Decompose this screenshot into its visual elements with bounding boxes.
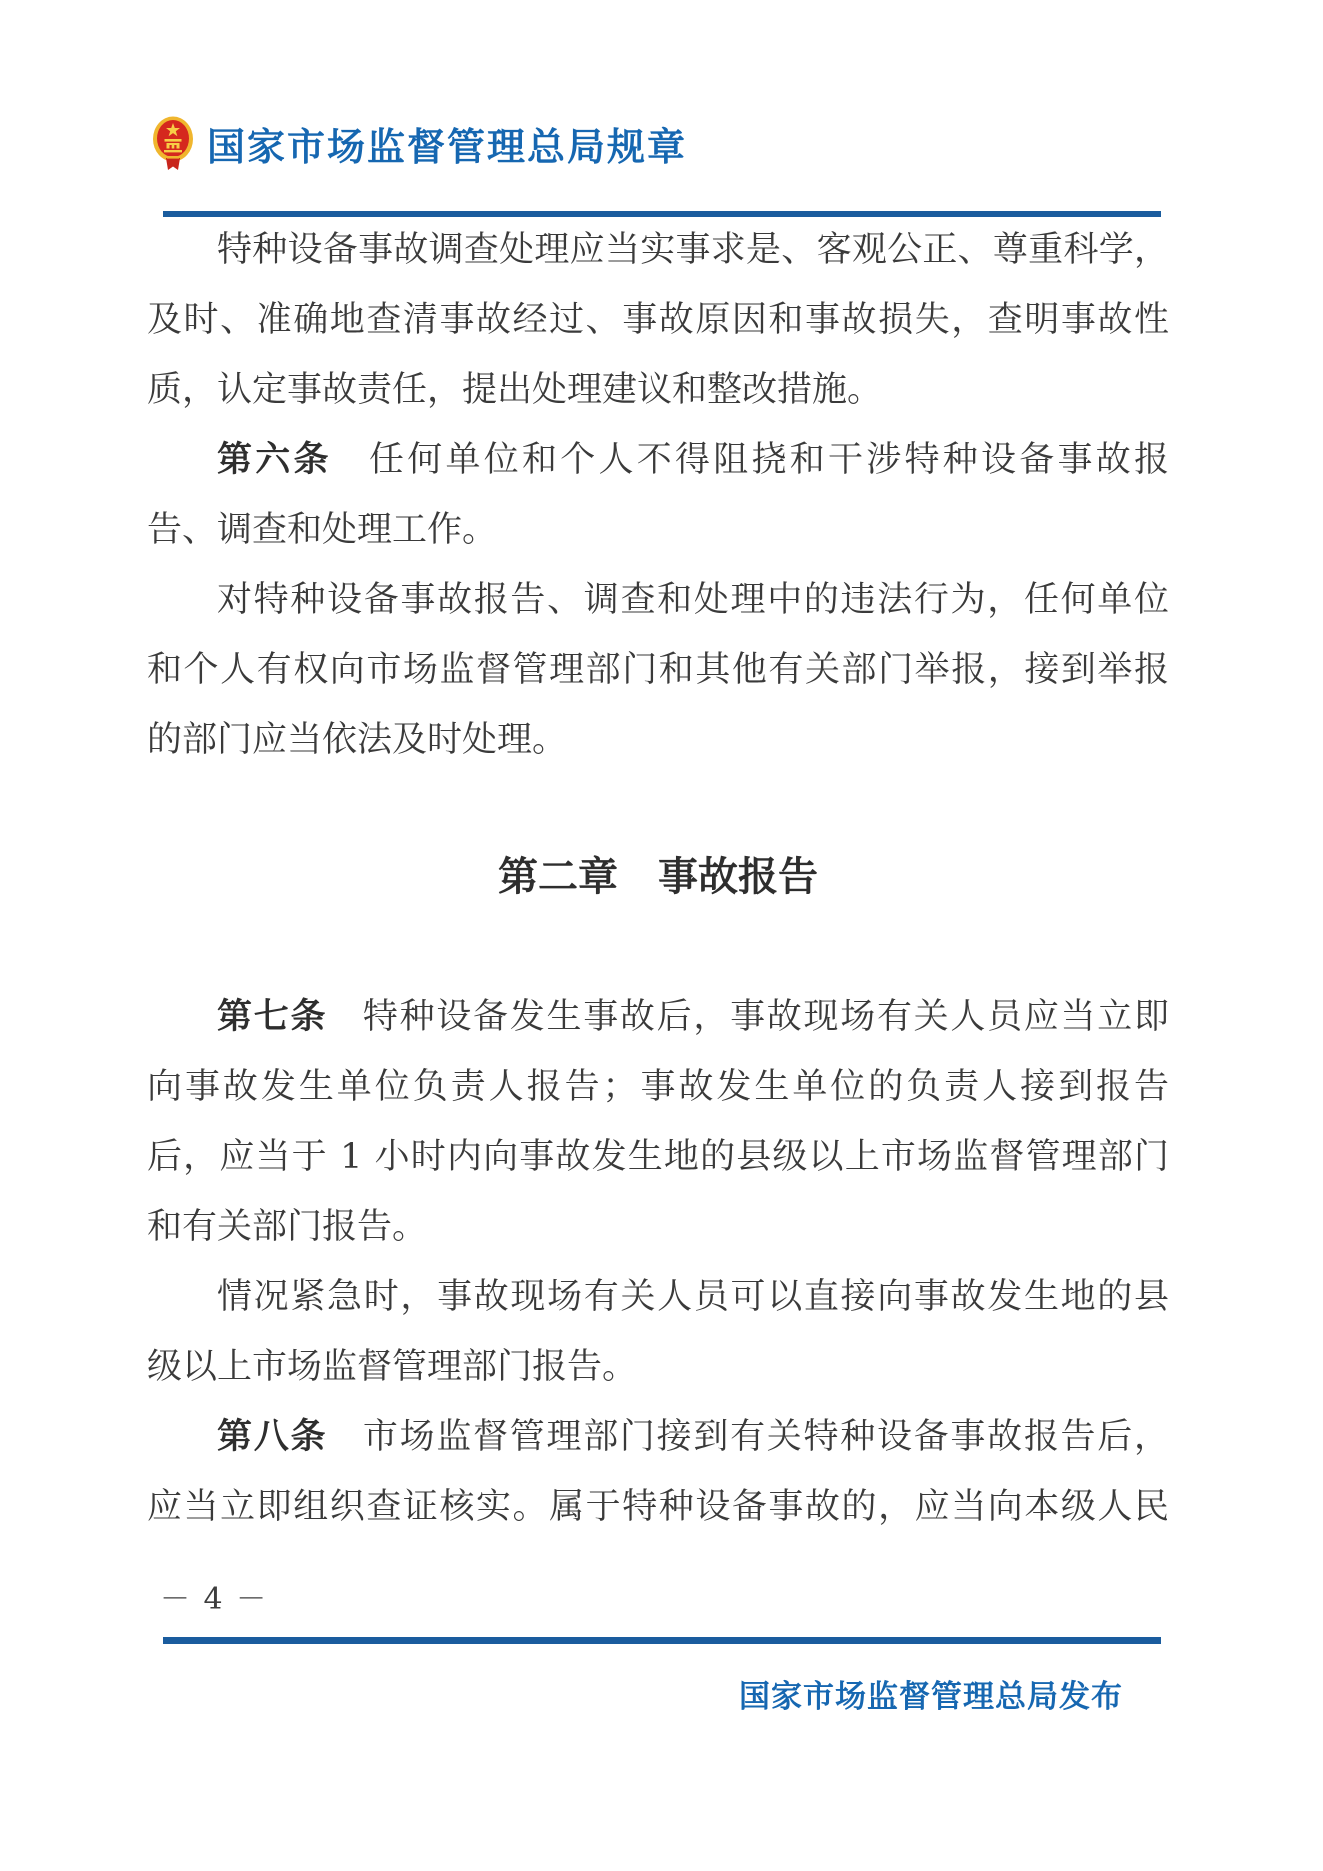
document-body: 特种设备事故调查处理应当实事求是、客观公正、尊重科学，及时、准确地查清事故经过、… bbox=[147, 215, 1169, 1542]
text-segment: 后，应当于 1 小时内向事故发生地的县级以上市场监督管理部门 bbox=[147, 1137, 1169, 1177]
document-line: 向事故发生单位负责人报告；事故发生单位的负责人接到报告 bbox=[147, 1052, 1169, 1122]
text-segment: 特种设备事故调查处理应当实事求是、客观公正、尊重科学， bbox=[217, 230, 1169, 270]
document-line: 和个人有权向市场监督管理部门和其他有关部门举报，接到举报 bbox=[147, 635, 1169, 705]
footer-divider bbox=[163, 1637, 1161, 1644]
text-segment: 向事故发生单位负责人报告；事故发生单位的负责人接到报告 bbox=[147, 1067, 1169, 1107]
text-segment: 的部门应当依法及时处理。 bbox=[147, 720, 567, 760]
text-segment: 应当立即组织查证核实。属于特种设备事故的，应当向本级人民 bbox=[147, 1487, 1169, 1527]
document-line: 及时、准确地查清事故经过、事故原因和事故损失，查明事故性 bbox=[147, 285, 1169, 355]
document-line: 的部门应当依法及时处理。 bbox=[147, 705, 1169, 775]
chapter-heading: 第二章事故报告 bbox=[147, 842, 1169, 912]
text-segment: 质，认定事故责任，提出处理建议和整改措施。 bbox=[147, 370, 882, 410]
text-segment: 市场监督管理部门接到有关特种设备事故报告后， bbox=[361, 1417, 1169, 1457]
text-segment: 对特种设备事故报告、调查和处理中的违法行为，任何单位 bbox=[217, 580, 1169, 620]
national-emblem-icon bbox=[152, 115, 194, 171]
document-line: 后，应当于 1 小时内向事故发生地的县级以上市场监督管理部门 bbox=[147, 1122, 1169, 1192]
document-type-label: 国家市场监督管理总局规章 bbox=[207, 116, 687, 171]
text-segment: 级以上市场监督管理部门报告。 bbox=[147, 1347, 637, 1387]
document-line: 级以上市场监督管理部门报告。 bbox=[147, 1332, 1169, 1402]
document-line: 第六条任何单位和个人不得阻挠和干涉特种设备事故报 bbox=[147, 425, 1169, 495]
text-segment: 告、调查和处理工作。 bbox=[147, 510, 497, 550]
document-line: 情况紧急时，事故现场有关人员可以直接向事故发生地的县 bbox=[147, 1262, 1169, 1332]
page-number: － 4 － bbox=[160, 1578, 268, 1622]
document-header: 国家市场监督管理总局规章 bbox=[152, 112, 687, 174]
document-line: 质，认定事故责任，提出处理建议和整改措施。 bbox=[147, 355, 1169, 425]
bold-term: 事故报告 bbox=[658, 854, 818, 900]
document-page: 国家市场监督管理总局规章 特种设备事故调查处理应当实事求是、客观公正、尊重科学，… bbox=[0, 0, 1323, 1871]
bold-term: 第七条 bbox=[217, 997, 327, 1037]
bold-term: 第二章 bbox=[498, 854, 618, 900]
document-line: 第七条特种设备发生事故后，事故现场有关人员应当立即 bbox=[147, 982, 1169, 1052]
text-segment: 情况紧急时，事故现场有关人员可以直接向事故发生地的县 bbox=[217, 1277, 1169, 1317]
text-segment: 和个人有权向市场监督管理部门和其他有关部门举报，接到举报 bbox=[147, 650, 1169, 690]
text-segment: 特种设备发生事故后，事故现场有关人员应当立即 bbox=[361, 997, 1169, 1037]
bold-term: 第六条 bbox=[217, 440, 332, 480]
text-segment: 和有关部门报告。 bbox=[147, 1207, 427, 1247]
document-line: 和有关部门报告。 bbox=[147, 1192, 1169, 1262]
document-line: 应当立即组织查证核实。属于特种设备事故的，应当向本级人民 bbox=[147, 1472, 1169, 1542]
document-line: 告、调查和处理工作。 bbox=[147, 495, 1169, 565]
text-segment: 及时、准确地查清事故经过、事故原因和事故损失，查明事故性 bbox=[147, 300, 1169, 340]
document-line: 第八条市场监督管理部门接到有关特种设备事故报告后， bbox=[147, 1402, 1169, 1472]
document-line: 对特种设备事故报告、调查和处理中的违法行为，任何单位 bbox=[147, 565, 1169, 635]
text-segment: 任何单位和个人不得阻挠和干涉特种设备事故报 bbox=[366, 440, 1169, 480]
bold-term: 第八条 bbox=[217, 1417, 327, 1457]
publisher-label: 国家市场监督管理总局发布 bbox=[147, 1670, 1123, 1724]
document-line: 特种设备事故调查处理应当实事求是、客观公正、尊重科学， bbox=[147, 215, 1169, 285]
